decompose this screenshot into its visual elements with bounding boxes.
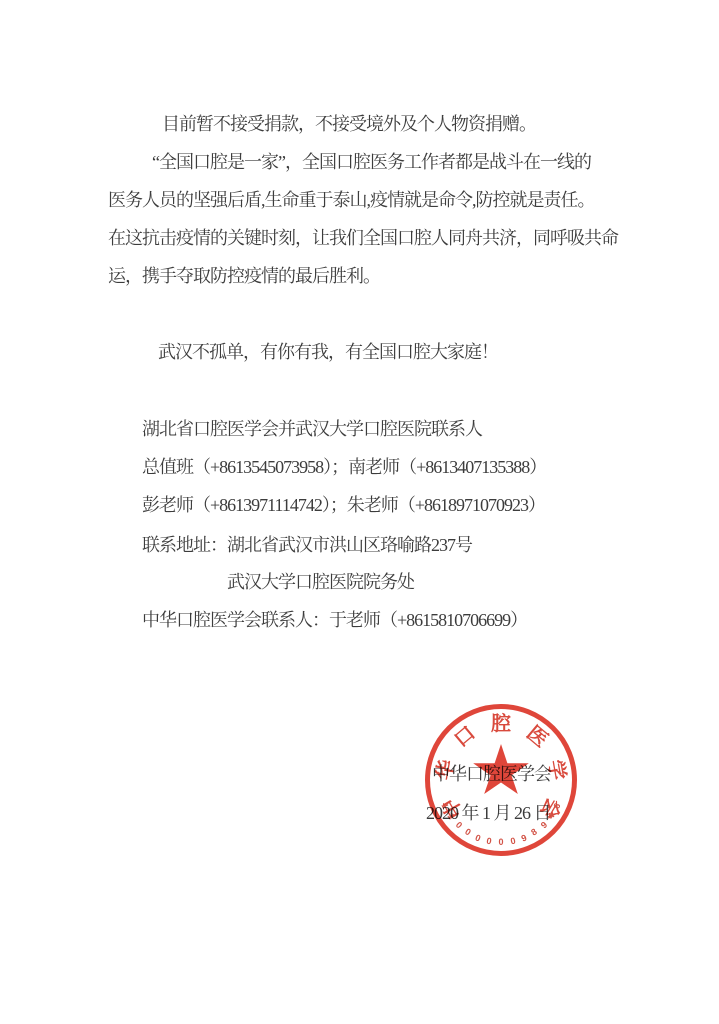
contact-phone-line: 总值班（+8613545073958）；南老师（+8613407135388）	[142, 455, 546, 479]
seal-arc-char: 腔	[490, 713, 512, 735]
signature-organization: 中华口腔医学会	[432, 762, 551, 786]
contact-address-line: 联系地址：湖北省武汉市洪山区珞喻路237号	[142, 533, 472, 557]
seal-serial-digit: 6	[549, 798, 565, 814]
body-line: 在这抗击疫情的关键时刻，让我们全国口腔人同舟共济，同呼吸共命	[108, 226, 618, 250]
body-line: “全国口腔是一家”，全国口腔医务工作者都是战斗在一线的	[152, 150, 591, 174]
contact-phone-line: 中华口腔医学会联系人：于老师（+8615810706699）	[142, 608, 527, 632]
seal-serial-digit: 0	[506, 834, 520, 848]
seal-serial-digit: 0	[459, 824, 476, 841]
body-line: 目前暂不接受捐款，不接受境外及个人物资捐赠。	[162, 112, 536, 136]
seal-serial-digit: 8	[526, 824, 543, 841]
seal-serial-digit: 0	[482, 834, 496, 848]
body-line-wuhan-slogan: 武汉不孤单，有你有我，有全国口腔大家庭！	[158, 340, 498, 364]
contact-address-line: 武汉大学口腔医院院务处	[227, 570, 414, 594]
seal-serial-digit: 9	[516, 830, 532, 846]
body-line: 运，携手夺取防控疫情的最后胜利。	[108, 264, 380, 288]
body-line: 医务人员的坚强后盾,生命重于泰山,疫情就是命令,防控就是责任。	[108, 188, 595, 212]
seal-arc-char: 口	[450, 722, 481, 753]
seal-serial-digit: 0	[470, 830, 486, 846]
signature-date: 2020 年 1 月 26 日	[426, 801, 551, 825]
contact-phone-line: 彭老师（+8613971114742）；朱老师（+8618971070923）	[142, 493, 545, 517]
scanned-letter-page: 目前暂不接受捐款，不接受境外及个人物资捐赠。 “全国口腔是一家”，全国口腔医务工…	[0, 0, 719, 1024]
seal-arc-char: 医	[522, 722, 553, 753]
contact-heading-line: 湖北省口腔医学会并武汉大学口腔医院联系人	[142, 417, 482, 441]
seal-serial-digit: 0	[495, 836, 507, 848]
